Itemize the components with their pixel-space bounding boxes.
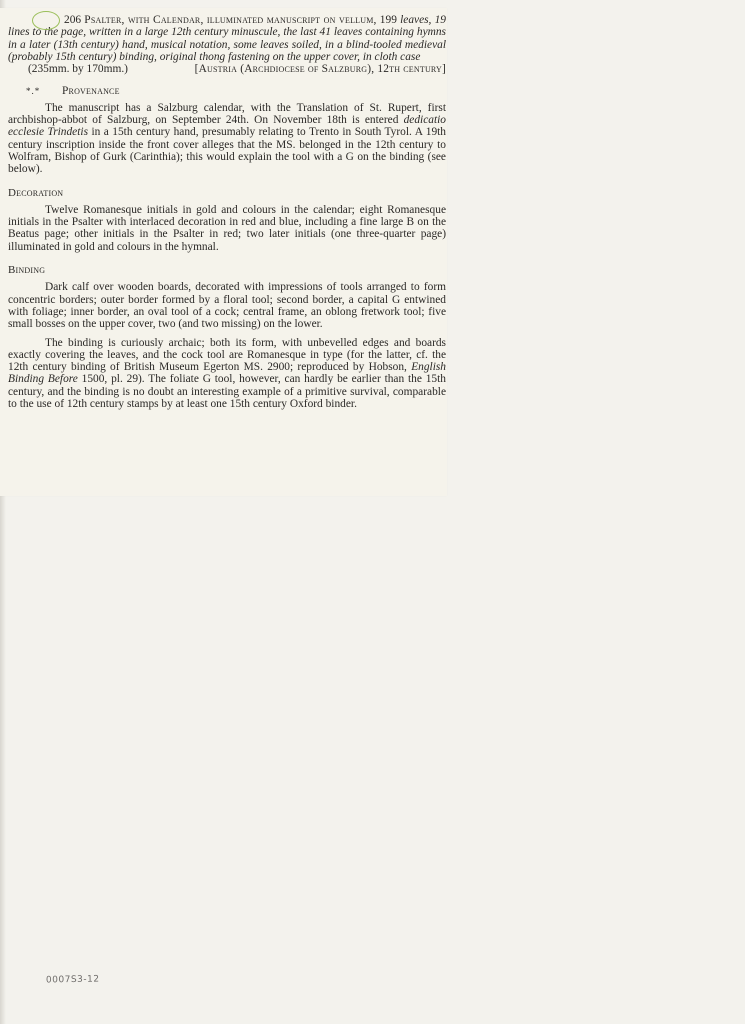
binding-paragraph-2: The binding is curiously archaic; both i… — [8, 337, 446, 411]
lot-number: 206 — [36, 14, 81, 26]
asterism-icon: *.* — [8, 88, 62, 95]
lot-leaves-count: 199 — [380, 14, 397, 26]
provenance-text-start: The manuscript has a Salzburg calendar, … — [8, 102, 446, 126]
binding-paragraph-1: Dark calf over wooden boards, decorated … — [8, 281, 446, 330]
lot-dimensions: (235mm. by 170mm.) — [28, 63, 128, 75]
provenance-paragraph: The manuscript has a Salzburg calendar, … — [8, 102, 446, 176]
provenance-heading: Provenance — [62, 85, 120, 97]
catalogue-entry: 206 Psalter, with Calendar, illuminated … — [8, 14, 446, 410]
binding-heading: Binding — [8, 264, 446, 276]
lot-header: 206 Psalter, with Calendar, illuminated … — [8, 14, 446, 63]
handwritten-reference-number: 0007S3-12 — [46, 975, 100, 986]
lot-dimensions-line: (235mm. by 170mm.) [Austria (Archdiocese… — [8, 63, 446, 75]
decoration-paragraph: Twelve Romanesque initials in gold and c… — [8, 204, 446, 253]
binding-text-start: The binding is curiously archaic; both i… — [8, 337, 446, 374]
decoration-heading: Decoration — [8, 187, 446, 199]
lot-origin: [Austria (Archdiocese of Salzburg), 12th… — [195, 63, 446, 75]
lot-title: Psalter, with Calendar, illuminated manu… — [84, 14, 376, 26]
provenance-heading-row: *.* Provenance — [8, 85, 446, 97]
